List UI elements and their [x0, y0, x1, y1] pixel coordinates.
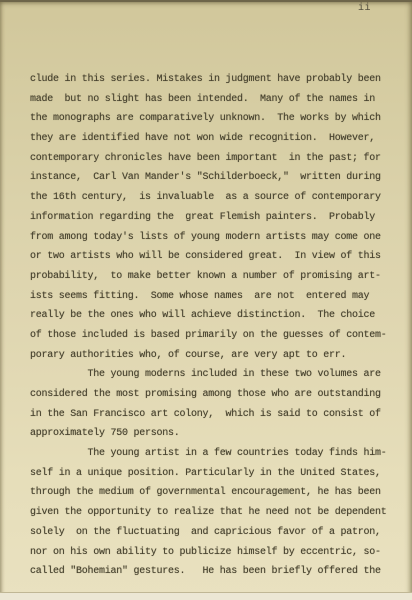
- text-line: called "Bohemian" gestures. He has been …: [30, 562, 400, 582]
- text-line: the 16th century, is invaluable as a sou…: [30, 188, 400, 208]
- text-line: given the opportunity to realize that he…: [30, 503, 400, 523]
- text-line: information regarding the great Flemish …: [30, 208, 400, 228]
- text-line: of those included is based primarily on …: [30, 326, 400, 346]
- text-line: solely on the fluctuating and capricious…: [30, 523, 400, 543]
- text-line: through the medium of governmental encou…: [30, 483, 400, 503]
- page-text: clude in this series. Mistakes in judgme…: [30, 70, 400, 582]
- text-line: from among today's lists of young modern…: [30, 228, 400, 248]
- text-line: self in a unique position. Particularly …: [30, 464, 400, 484]
- text-line: ists seems fitting. Some whose names are…: [30, 287, 400, 307]
- page-number: ii: [358, 3, 371, 14]
- text-line: porary authorities who, of course, are v…: [30, 346, 400, 366]
- text-line: the monographs are comparatively unknown…: [30, 109, 400, 129]
- scan-edge-top: [0, 0, 412, 2]
- text-line: The young artist in a few countries toda…: [30, 444, 400, 464]
- text-line: The young moderns included in these two …: [30, 365, 400, 385]
- text-line: really be the ones who will achieve dist…: [30, 306, 400, 326]
- scan-edge-bottom: [0, 592, 412, 600]
- text-line: made but no slight has been intended. Ma…: [30, 90, 400, 110]
- text-line: in the San Francisco art colony, which i…: [30, 405, 400, 425]
- scanned-page: ii clude in this series. Mistakes in jud…: [0, 0, 412, 600]
- text-line: approximately 750 persons.: [30, 424, 400, 444]
- text-line: they are identified have not won wide re…: [30, 129, 400, 149]
- text-line: instance, Carl Van Mander's "Schilderboe…: [30, 168, 400, 188]
- text-line: contemporary chronicles have been import…: [30, 149, 400, 169]
- text-line: clude in this series. Mistakes in judgme…: [30, 70, 400, 90]
- text-line: considered the most promising among thos…: [30, 385, 400, 405]
- text-line: nor on his own ability to publicize hims…: [30, 543, 400, 563]
- text-line: probability, to make better known a numb…: [30, 267, 400, 287]
- text-line: or two artists who will be considered gr…: [30, 247, 400, 267]
